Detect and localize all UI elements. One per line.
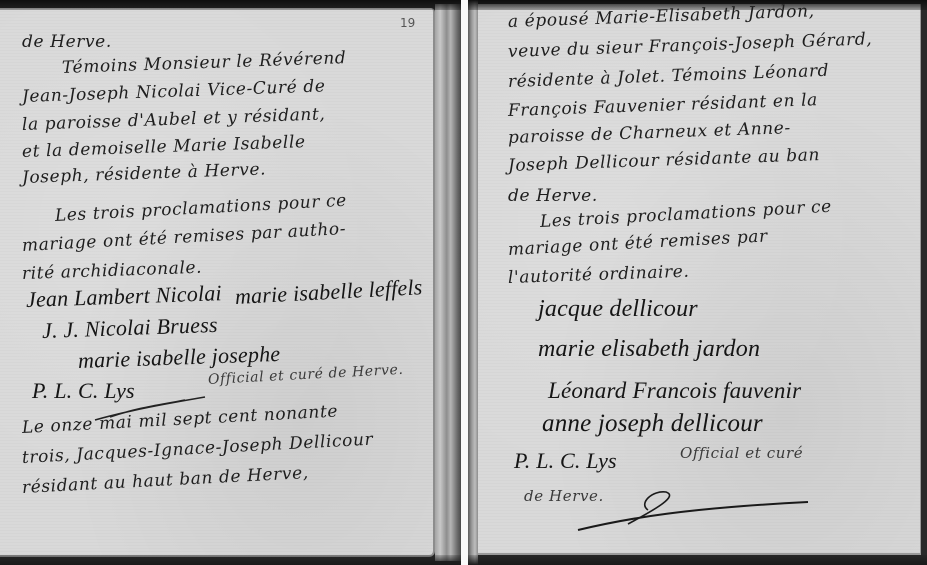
signature-bride: marie elisabeth jardon: [538, 336, 760, 363]
top-shadow: [0, 0, 461, 10]
gutter-gap: [461, 0, 468, 565]
signature-priest: P. L. C. Lys: [514, 448, 617, 474]
page-number: 19: [400, 16, 415, 30]
signature-groom: jacque dellicour: [538, 296, 698, 323]
left-page: 19 de Herve. Témoins Monsieur le Révéren…: [0, 0, 461, 565]
left-page-edge-stack: [435, 4, 461, 561]
priest-title: Official et curé: [680, 444, 803, 462]
signature-witness: anne joseph dellicour: [542, 410, 763, 438]
bottom-shadow: [468, 555, 927, 565]
text-line: de Herve.: [22, 32, 112, 52]
text-line: de Herve.: [508, 186, 598, 206]
bottom-shadow: [0, 555, 461, 565]
right-page-edge-stack: [468, 0, 478, 565]
signature-priest: P. L. C. Lys: [32, 378, 135, 404]
right-page: a épousé Marie-Elisabeth Jardon, veuve d…: [468, 0, 927, 565]
register-spread: 19 de Herve. Témoins Monsieur le Révéren…: [0, 0, 927, 565]
signature-witness: Léonard Francois fauvenir: [548, 378, 801, 404]
priest-title-place: de Herve.: [524, 487, 604, 505]
